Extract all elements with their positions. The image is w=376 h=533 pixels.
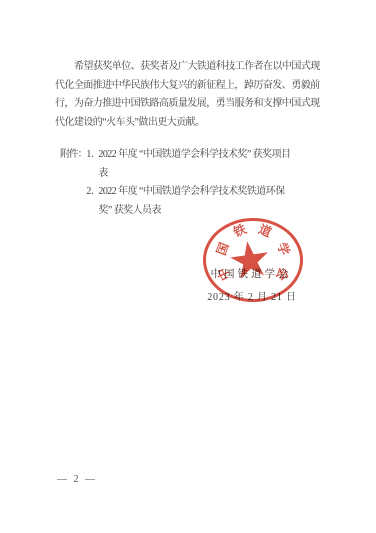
attachment-line: 2022 年度 “中国铁道学会科学技术奖” 获奖项目 bbox=[98, 146, 290, 165]
attachments-label: 附件： bbox=[60, 146, 86, 165]
attachment-text: 2022 年度 “中国铁道学会科学技术奖铁道环保 奖” 获奖人员表 bbox=[98, 183, 284, 220]
attachment-line: 2022 年度 “中国铁道学会科学技术奖铁道环保 bbox=[98, 183, 284, 202]
document-page: 希望获奖单位、获奖者及广大铁道科技工作者在以中国式现 代化全面推进中华民族伟大复… bbox=[0, 0, 376, 533]
attachment-number: 1. bbox=[86, 146, 98, 165]
paragraph-line: 代化建设的“火车头”做出更大贡献。 bbox=[55, 114, 320, 133]
official-seal: 中 国 铁 道 学 会 bbox=[203, 218, 303, 302]
paragraph-line: 代化全面推进中华民族伟大复兴的新征程上，踔厉奋发、勇毅前 bbox=[55, 77, 320, 96]
attachment-line: 表 bbox=[98, 165, 290, 184]
body-paragraph: 希望获奖单位、获奖者及广大铁道科技工作者在以中国式现 代化全面推进中华民族伟大复… bbox=[55, 58, 320, 132]
attachments-list: 1. 2022 年度 “中国铁道学会科学技术奖” 获奖项目 表 2. 2022 … bbox=[86, 146, 290, 220]
attachment-item: 2. 2022 年度 “中国铁道学会科学技术奖铁道环保 奖” 获奖人员表 bbox=[86, 183, 290, 220]
attachment-number: 2. bbox=[86, 183, 98, 202]
attachment-text: 2022 年度 “中国铁道学会科学技术奖” 获奖项目 表 bbox=[98, 146, 290, 183]
paragraph-line: 行，为奋力推进中国铁路高质量发展，勇当服务和支撑中国式现 bbox=[55, 95, 320, 114]
paragraph-line: 希望获奖单位、获奖者及广大铁道科技工作者在以中国式现 bbox=[55, 58, 320, 77]
page-number: — 2 — bbox=[57, 474, 97, 485]
attachments-block: 附件： 1. 2022 年度 “中国铁道学会科学技术奖” 获奖项目 表 2. 2… bbox=[60, 146, 290, 220]
seal-star-icon bbox=[227, 238, 272, 283]
attachment-item: 1. 2022 年度 “中国铁道学会科学技术奖” 获奖项目 表 bbox=[86, 146, 290, 183]
